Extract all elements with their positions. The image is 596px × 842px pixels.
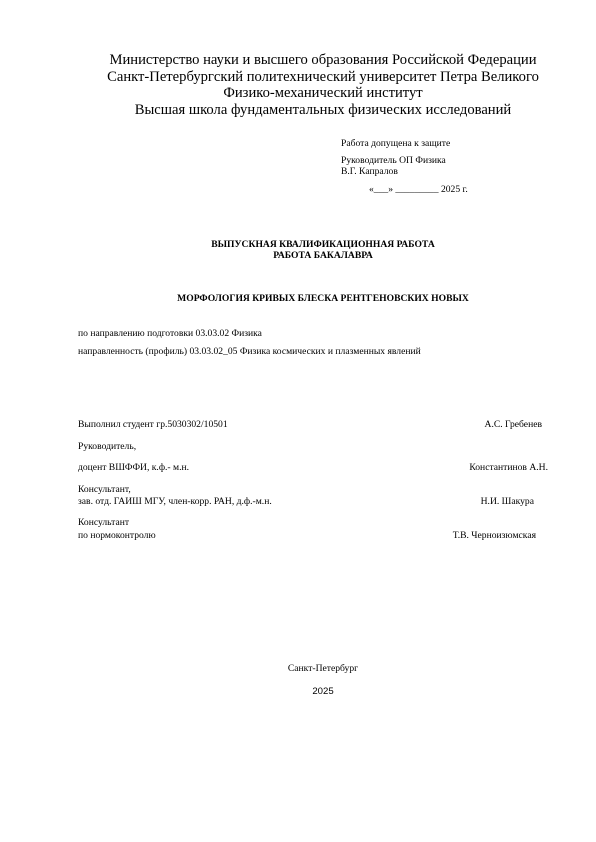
program-profile: направленность (профиль) 03.03.02_05 Физ… <box>78 346 421 357</box>
signature-supervisor-role: доцент ВШФФИ, к.ф.- м.н. <box>78 462 189 473</box>
thesis-topic: МОРФОЛОГИЯ КРИВЫХ БЛЕСКА РЕНТГЕНОВСКИХ Н… <box>0 293 596 305</box>
signature-supervisor-name: Константинов А.Н. <box>469 462 548 473</box>
ministry-name: Министерство науки и высшего образования… <box>0 52 596 69</box>
approval-date-line: «___» _________ 2025 г. <box>369 184 468 195</box>
signature-normcontrol-label: Консультант <box>78 517 129 528</box>
work-type-line2: РАБОТА БАКАЛАВРА <box>0 250 596 262</box>
approval-name: В.Г. Капралов <box>341 166 398 177</box>
program-direction: по направлению подготовки 03.03.02 Физик… <box>78 328 262 339</box>
signature-consultant-role: зав. отд. ГАИШ МГУ, член-корр. РАН, д.ф.… <box>78 496 272 507</box>
signature-normcontrol-role: по нормоконтролю <box>78 530 156 541</box>
footer-city: Санкт-Петербург <box>0 663 596 674</box>
signature-normcontrol-name: Т.В. Черноизюмская <box>453 530 536 541</box>
signature-consultant-name: Н.И. Шакура <box>481 496 534 507</box>
signature-student-name: А.С. Гребенев <box>485 419 542 430</box>
approval-position: Руководитель ОП Физика <box>341 155 446 166</box>
organization-header: Министерство науки и высшего образования… <box>0 52 596 118</box>
institute-name: Физико-механический институт <box>0 85 596 102</box>
signature-supervisor-label: Руководитель, <box>78 441 136 452</box>
university-name: Санкт-Петербургский политехнический унив… <box>0 69 596 86</box>
signature-student-role: Выполнил студент гр.5030302/10501 <box>78 419 228 430</box>
signature-consultant-label: Консультант, <box>78 484 131 495</box>
footer-year: 2025 <box>0 686 596 697</box>
approval-admitted: Работа допущена к защите <box>341 138 450 149</box>
school-name: Высшая школа фундаментальных физических … <box>0 102 596 119</box>
